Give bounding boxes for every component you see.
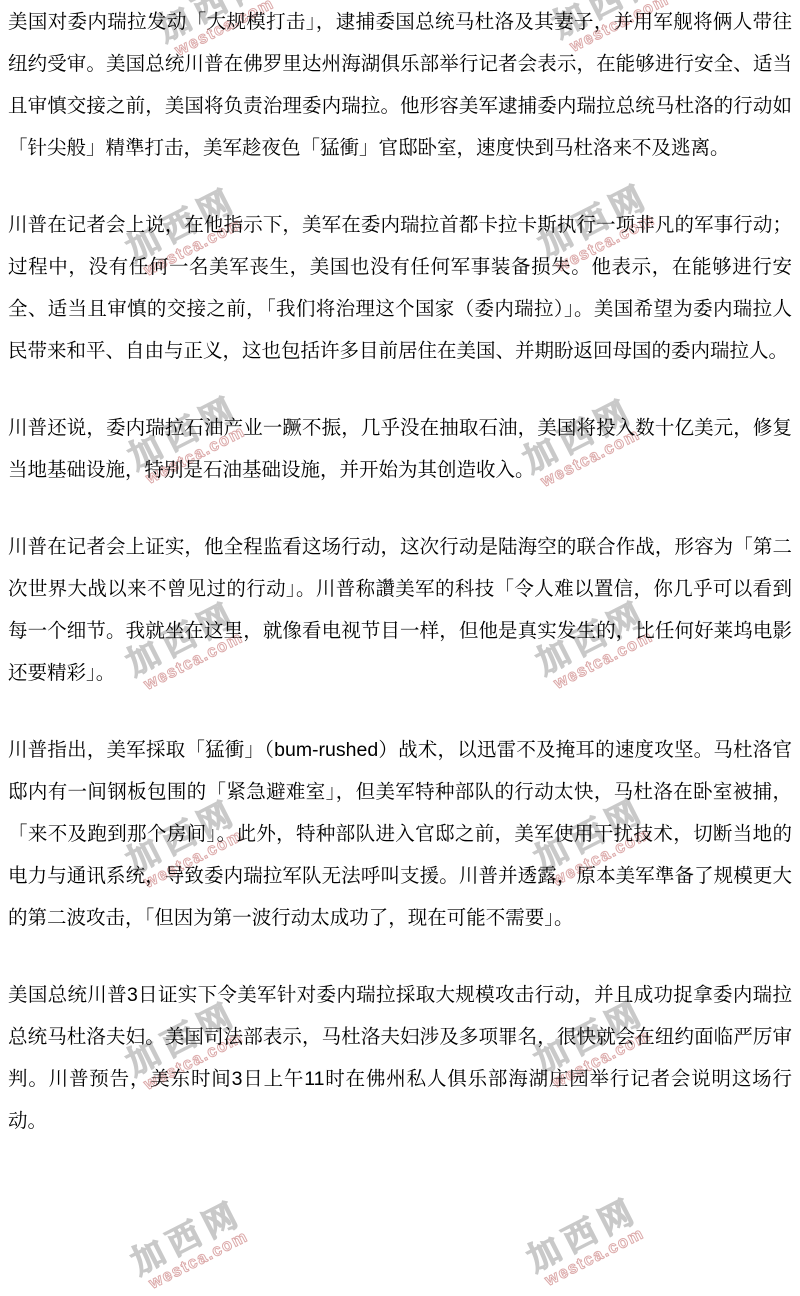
watermark-domain-text: westca.com	[141, 1225, 256, 1296]
watermark-domain-text: westca.com	[537, 1222, 652, 1293]
article-paragraph: 川普在记者会上说，在他指示下，美军在委内瑞拉首都卡拉卡斯执行一项非凡的军事行动；…	[8, 204, 792, 372]
article-page: 加西网westca.com加西网westca.com加西网westca.com加…	[0, 0, 800, 1296]
article-paragraph: 美国对委内瑞拉发动「大规模打击」，逮捕委国总统马杜洛及其妻子，并用军舰将俩人带往…	[8, 1, 792, 169]
article-paragraph: 川普指出，美军採取「猛衝」（bum-rushed）战术，以迅雷不及掩耳的速度攻坚…	[8, 729, 792, 939]
article-paragraph: 川普还说，委内瑞拉石油产业一蹶不振，几乎没在抽取石油，美国将投入数十亿美元，修复…	[8, 407, 792, 491]
site-watermark: 加西网westca.com	[126, 1194, 257, 1295]
article-body: 美国对委内瑞拉发动「大规模打击」，逮捕委国总统马杜洛及其妻子，并用军舰将俩人带往…	[0, 0, 800, 1142]
watermark-logo-text: 加西网	[522, 1191, 645, 1278]
article-paragraph: 美国总统川普3日证实下令美军针对委内瑞拉採取大规模攻击行动，并且成功捉拿委内瑞拉…	[8, 974, 792, 1142]
site-watermark: 加西网westca.com	[522, 1191, 653, 1292]
article-paragraph: 川普在记者会上证实，他全程监看这场行动，这次行动是陆海空的联合作战，形容为「第二…	[8, 526, 792, 694]
watermark-logo-text: 加西网	[126, 1194, 249, 1281]
